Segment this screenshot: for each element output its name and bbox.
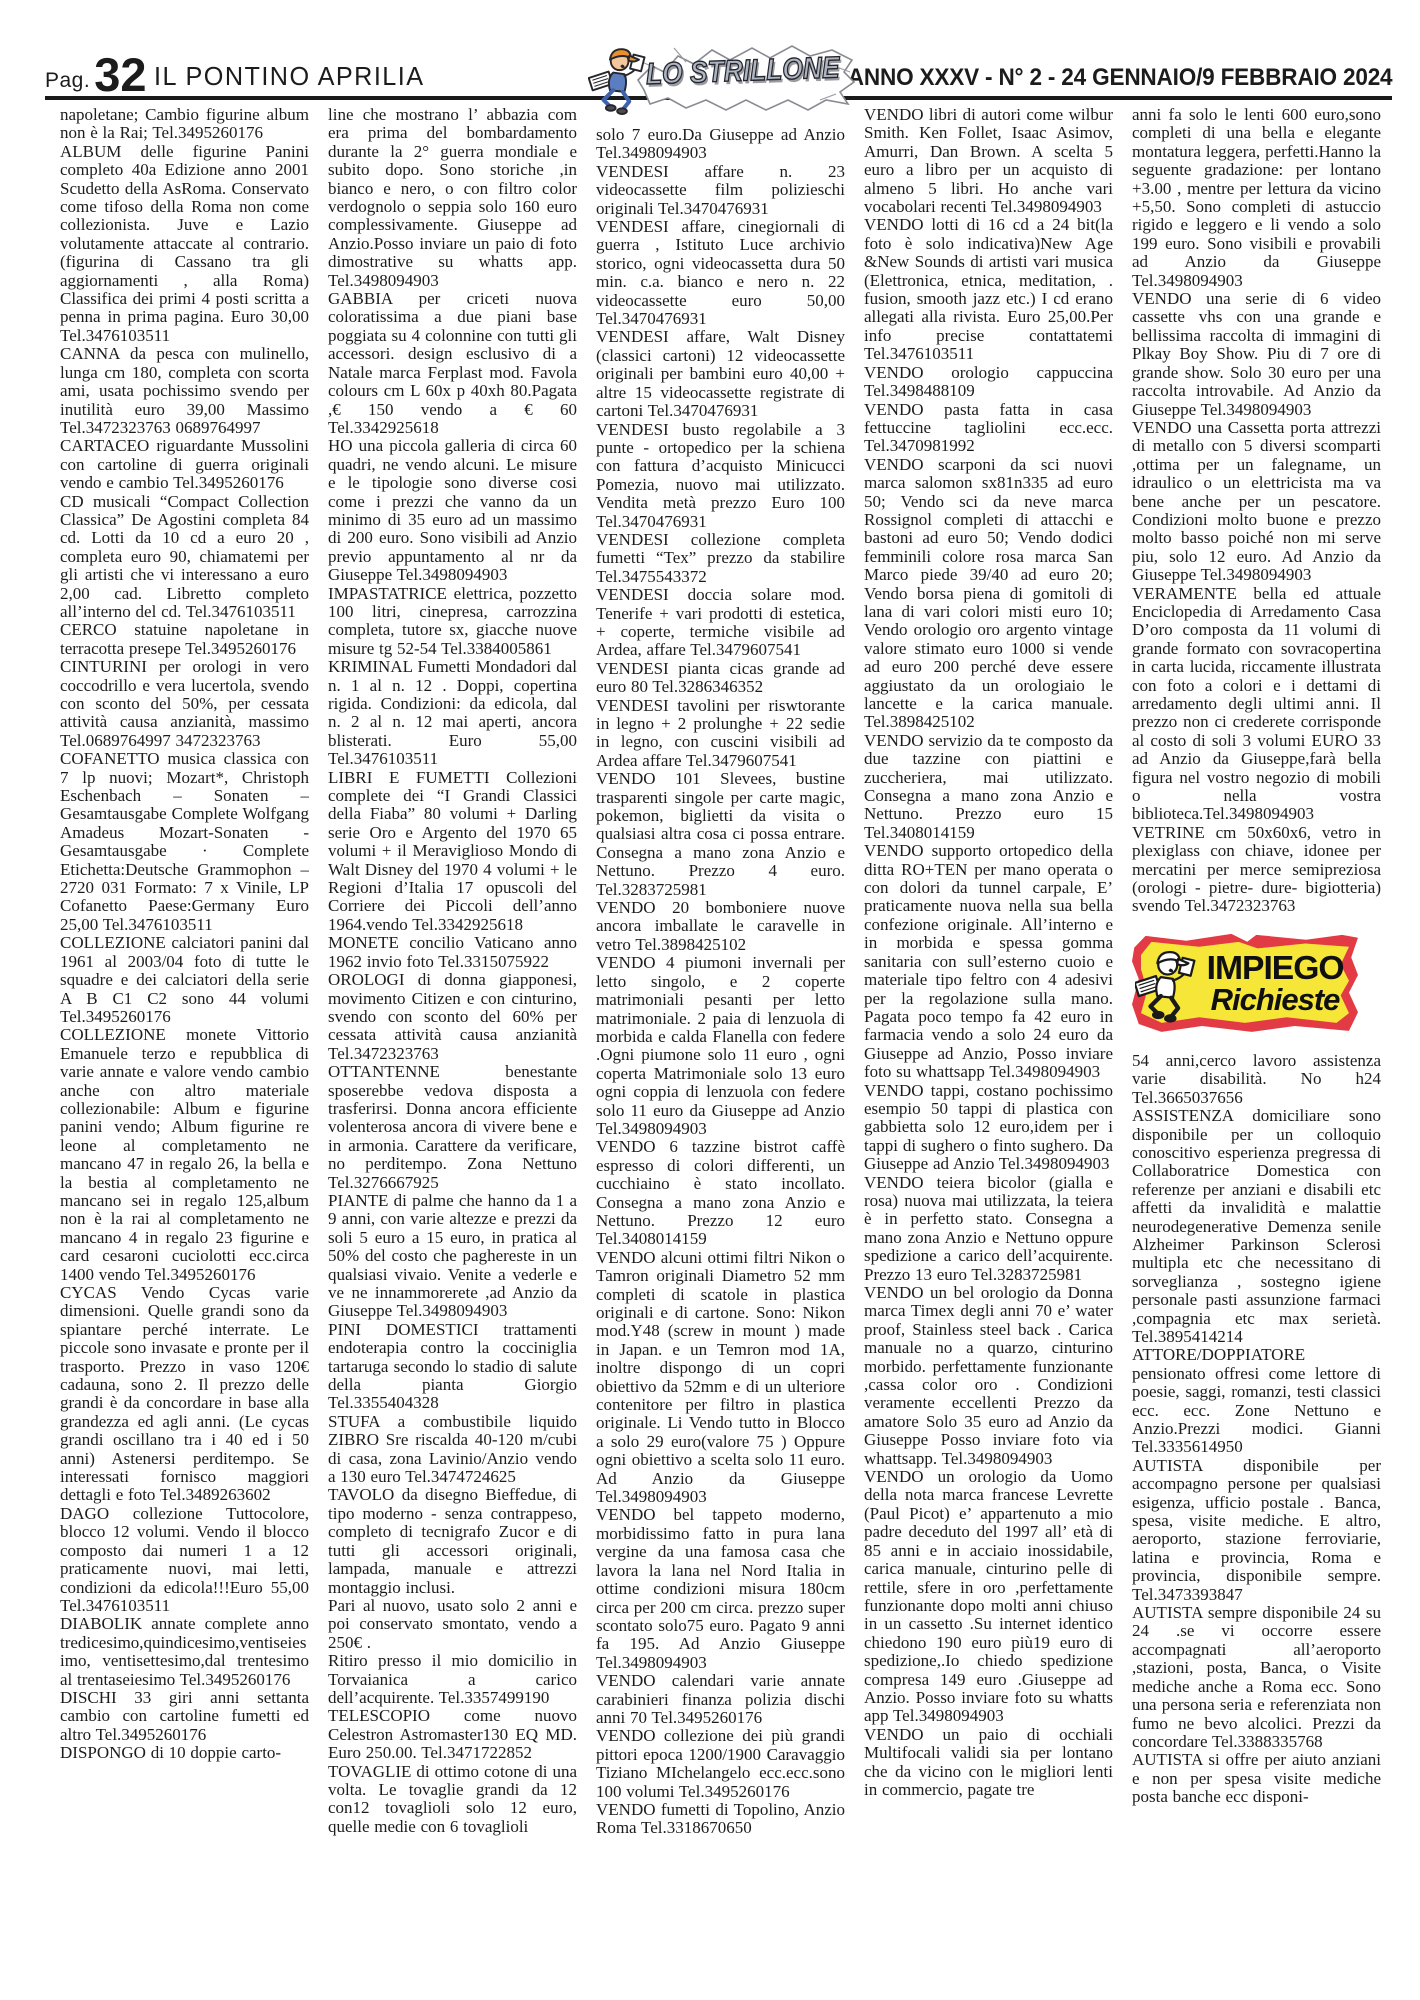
- newspaper-page: Pag. 32 IL PONTINO APRILIA ANNO XXXV - N…: [0, 0, 1420, 2000]
- classified-ad: VENDO pasta fatta in casa fettuccine tag…: [864, 401, 1113, 456]
- column-5: anni fa solo le lenti 600 euro,sono comp…: [1132, 106, 1381, 1942]
- classified-ad: anni fa solo le lenti 600 euro,sono comp…: [1132, 106, 1381, 290]
- classified-ad: LIBRI E FUMETTI Collezioni complete dei …: [328, 769, 577, 935]
- classified-ad: VENDESI tavolini per riswtorante in legn…: [596, 697, 845, 771]
- classified-ad: VENDO libri di autori come wilbur Smith.…: [864, 106, 1113, 216]
- paper-name: IL PONTINO APRILIA: [154, 61, 425, 95]
- classified-ad: PINI DOMESTICI trattamenti endoterapia c…: [328, 1321, 577, 1413]
- classified-ad: DAGO collezione Tuttocolore, blocco 12 v…: [60, 1505, 309, 1615]
- impiego-richieste-badge: IMPIEGO Richieste: [1132, 934, 1358, 1032]
- classified-ad: ATTORE/DOPPIATORE pensionato offresi com…: [1132, 1346, 1381, 1456]
- newsboy-icon: [588, 42, 648, 116]
- classified-ad: VENDO tappi, costano pochissimo esempio …: [864, 1082, 1113, 1174]
- classified-ad: TAVOLO da disegno Bieffedue, di tipo mod…: [328, 1486, 577, 1596]
- classified-ad: CINTURINI per orologi in vero coccodrill…: [60, 658, 309, 750]
- badge-title: IMPIEGO: [1207, 951, 1344, 985]
- classified-ad: VENDO collezione dei più grandi pittori …: [596, 1727, 845, 1801]
- classified-ad: MONETE concilio Vaticano anno 1962 invio…: [328, 934, 577, 971]
- column-4: VENDO libri di autori come wilbur Smith.…: [864, 106, 1113, 1942]
- classified-ad: VENDESI pianta cicas grande ad euro 80 T…: [596, 660, 845, 697]
- classified-ad: VENDO teiera bicolor (gialla e rosa) nuo…: [864, 1174, 1113, 1284]
- classified-ad: ASSISTENZA domiciliare sono disponibile …: [1132, 1107, 1381, 1346]
- classifieds-columns: napoletane; Cambio figurine album non è …: [60, 106, 1382, 1942]
- classified-ad: TOVAGLIE di ottimo cotone di una volta. …: [328, 1763, 577, 1837]
- classified-ad: STUFA a combustibile liquido ZIBRO Sre r…: [328, 1413, 577, 1487]
- classified-ad: VENDO 20 bomboniere nuove ancora imballa…: [596, 899, 845, 954]
- classified-ad: IMPASTATRICE elettrica, pozzetto 100 lit…: [328, 585, 577, 659]
- classified-ad: HO una piccola galleria di circa 60 quad…: [328, 437, 577, 584]
- classified-ad: VENDO un paio di occhiali Multifocali va…: [864, 1726, 1113, 1800]
- classified-ad: VENDO un orologio da Uomo della nota mar…: [864, 1468, 1113, 1726]
- classified-ad: COFANETTO musica classica con 7 lp nuovi…: [60, 750, 309, 934]
- classified-ad: AUTISTA sempre disponibile 24 su 24 .se …: [1132, 1604, 1381, 1751]
- newsboy-icon: [1135, 942, 1197, 1026]
- classified-ad: solo 7 euro.Da Giuseppe ad Anzio Tel.349…: [596, 126, 845, 163]
- classified-ad: VENDESI collezione completa fumetti “Tex…: [596, 531, 845, 586]
- column-3: solo 7 euro.Da Giuseppe ad Anzio Tel.349…: [596, 106, 845, 1942]
- classified-ad: AUTISTA disponibile per accompagno perso…: [1132, 1457, 1381, 1604]
- classified-ad: line che mostrano l’ abbazia com era pri…: [328, 106, 577, 290]
- classified-ad: CD musicali “Compact Collection Classica…: [60, 493, 309, 622]
- classified-ad: VENDO calendari varie annate carabinieri…: [596, 1672, 845, 1727]
- classified-ad: OROLOGI di donna giapponesi, movimento C…: [328, 971, 577, 1063]
- classified-ad: VENDO scarponi da sci nuovi marca salomo…: [864, 456, 1113, 732]
- logo-title: LO STRILLONE: [645, 52, 826, 92]
- classified-ad: COLLEZIONE monete Vittorio Emanuele terz…: [60, 1026, 309, 1284]
- classified-ad: PIANTE di palme che hanno da 1 a 9 anni,…: [328, 1192, 577, 1321]
- page-label: Pag.: [45, 69, 90, 95]
- classified-ad: 54 anni,cerco lavoro assistenza varie di…: [1132, 1052, 1381, 1107]
- classified-ad: AUTISTA si offre per aiuto anziani e non…: [1132, 1751, 1381, 1806]
- classified-ad: Pari al nuovo, usato solo 2 anni e poi c…: [328, 1597, 577, 1652]
- classified-ad: KRIMINAL Fumetti Mondadori dal n. 1 al n…: [328, 658, 577, 768]
- lo-strillone-logo: LO STRILLONE: [588, 40, 856, 116]
- classified-ad: Ritiro presso il mio domicilio in Torvai…: [328, 1652, 577, 1707]
- classified-ad: CANNA da pesca con mulinello, lunga cm 1…: [60, 345, 309, 437]
- classified-ad: OTTANTENNE benestante sposerebbe vedova …: [328, 1063, 577, 1192]
- classified-ad: VERAMENTE bella ed attuale Enciclopedia …: [1132, 585, 1381, 824]
- classified-ad: VENDESI affare, Walt Disney (classici ca…: [596, 328, 845, 420]
- classified-ad: CARTACEO riguardante Mussolini con carto…: [60, 437, 309, 492]
- classified-ad: VENDO orologio cappuccina Tel.3498488109: [864, 364, 1113, 401]
- classified-ad: VETRINE cm 50x60x6, vetro in plexiglass …: [1132, 824, 1381, 916]
- issue-info: ANNO XXXV - N° 2 - 24 GENNAIO/9 FEBBRAIO…: [847, 64, 1392, 96]
- classified-ad: VENDO supporto ortopedico della ditta RO…: [864, 842, 1113, 1081]
- classified-ad: VENDO 101 Slevees, bustine trasparenti s…: [596, 770, 845, 899]
- column-2: line che mostrano l’ abbazia com era pri…: [328, 106, 577, 1942]
- classified-ad: VENDESI affare n. 23 videocassette film …: [596, 163, 845, 218]
- classified-ad: COLLEZIONE calciatori panini dal 1961 al…: [60, 934, 309, 1026]
- classified-ad: DIABOLIK annate complete anno tredicesim…: [60, 1615, 309, 1689]
- page-number: 32: [94, 56, 146, 95]
- classified-ad: VENDO bel tappeto moderno, morbidissimo …: [596, 1506, 845, 1672]
- classified-ad: VENDO un bel orologio da Donna marca Tim…: [864, 1284, 1113, 1468]
- classified-ad: VENDESI busto regolabile a 3 punte - ort…: [596, 421, 845, 531]
- classified-ad: VENDESI doccia solare mod. Tenerife + va…: [596, 586, 845, 660]
- classified-ad: VENDO lotti di 16 cd a 24 bit(la foto è …: [864, 216, 1113, 363]
- classified-ad: VENDO una serie di 6 video cassette vhs …: [1132, 290, 1381, 419]
- classified-ad: CERCO statuine napoletane in terracotta …: [60, 621, 309, 658]
- classified-ad: DISCHI 33 giri anni settanta cambio con …: [60, 1689, 309, 1744]
- badge-subtitle: Richieste: [1211, 984, 1340, 1017]
- classified-ad: VENDO fumetti di Topolino, Anzio Roma Te…: [596, 1801, 845, 1838]
- classified-ad: VENDO 4 piumoni invernali per letto sing…: [596, 954, 845, 1138]
- classified-ad: TELESCOPIO come nuovo Celestron Astromas…: [328, 1707, 577, 1762]
- column-1: napoletane; Cambio figurine album non è …: [60, 106, 309, 1942]
- classified-ad: napoletane; Cambio figurine album non è …: [60, 106, 309, 143]
- classified-ad: VENDO servizio da te composto da due taz…: [864, 732, 1113, 842]
- classified-ad: GABBIA per criceti nuova coloratissima a…: [328, 290, 577, 437]
- classified-ad: ALBUM delle figurine Panini completo 40a…: [60, 143, 309, 345]
- classified-ad: DISPONGO di 10 doppie carto-: [60, 1744, 309, 1762]
- classified-ad: CYCAS Vendo Cycas varie dimensioni. Quel…: [60, 1284, 309, 1505]
- classified-ad: VENDESI affare, cinegiornali di guerra ,…: [596, 218, 845, 328]
- classified-ad: VENDO alcuni ottimi filtri Nikon o Tamro…: [596, 1249, 845, 1507]
- classified-ad: VENDO una Cassetta porta attrezzi di met…: [1132, 419, 1381, 585]
- badge-text: IMPIEGO Richieste: [1196, 942, 1354, 1026]
- header-left: Pag. 32 IL PONTINO APRILIA: [45, 56, 433, 96]
- classified-ad: VENDO 6 tazzine bistrot caffè espresso d…: [596, 1138, 845, 1248]
